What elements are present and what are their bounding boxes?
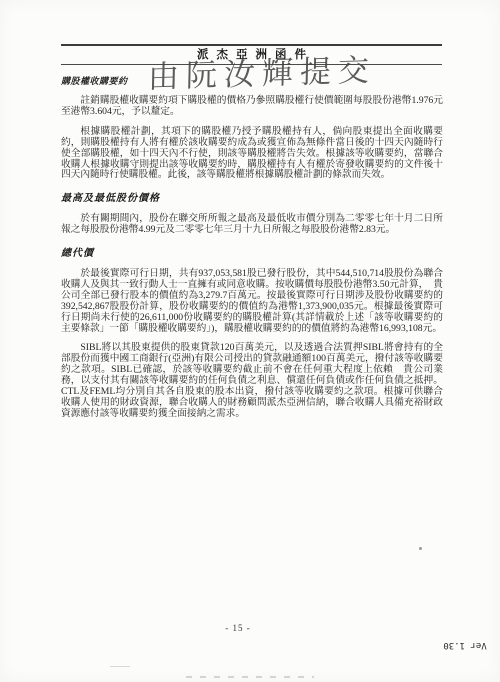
- scanned-document-page: 派杰亞洲函件 購股權收購要約 由阮汝輝提交 註銷購股權收購要約項下購股權的價格乃…: [0, 0, 500, 682]
- scan-artifact: [186, 676, 314, 678]
- version-stamp: Ver 1.30: [436, 640, 494, 650]
- handwritten-annotation: 由阮汝輝提交: [148, 44, 377, 96]
- paragraph-total-consideration: 於最後實際可行日期，共有937,053,581股已發行股份，其中544,510,…: [61, 269, 443, 334]
- section-heading-share-price-range: 最高及最低股份價格: [61, 194, 443, 205]
- paragraph-option-scheme-terms: 根據購股權計劃，其項下的購股權乃授予購股權持有人，倘向股東提出全面收購要約，則購…: [61, 127, 443, 182]
- page-number: - 15 -: [0, 623, 476, 633]
- paragraph-share-price-range: 於有關期間內，股份在聯交所所報之最高及最低收市價分別為二零零七年十月二日所報之每…: [61, 214, 443, 236]
- document-body: 註銷購股權收購要約項下購股權的價格乃參照購股權行使價範圍每股股份港幣1.976元…: [61, 96, 443, 429]
- section-heading-total-consideration: 總代價: [61, 249, 443, 260]
- paragraph-financing-confirmation: SIBL將以其股東提供的股東貸款120百萬美元，以及透過合法質押SIBL將會持有…: [61, 343, 443, 419]
- paragraph-option-cancellation-price: 註銷購股權收購要約項下購股權的價格乃參照購股權行使價範圍每股股份港幣1.976元…: [61, 96, 443, 118]
- section-heading-option-offer: 購股權收購要約: [61, 74, 128, 87]
- scan-smudge: [110, 666, 130, 667]
- scan-speck: [419, 547, 422, 550]
